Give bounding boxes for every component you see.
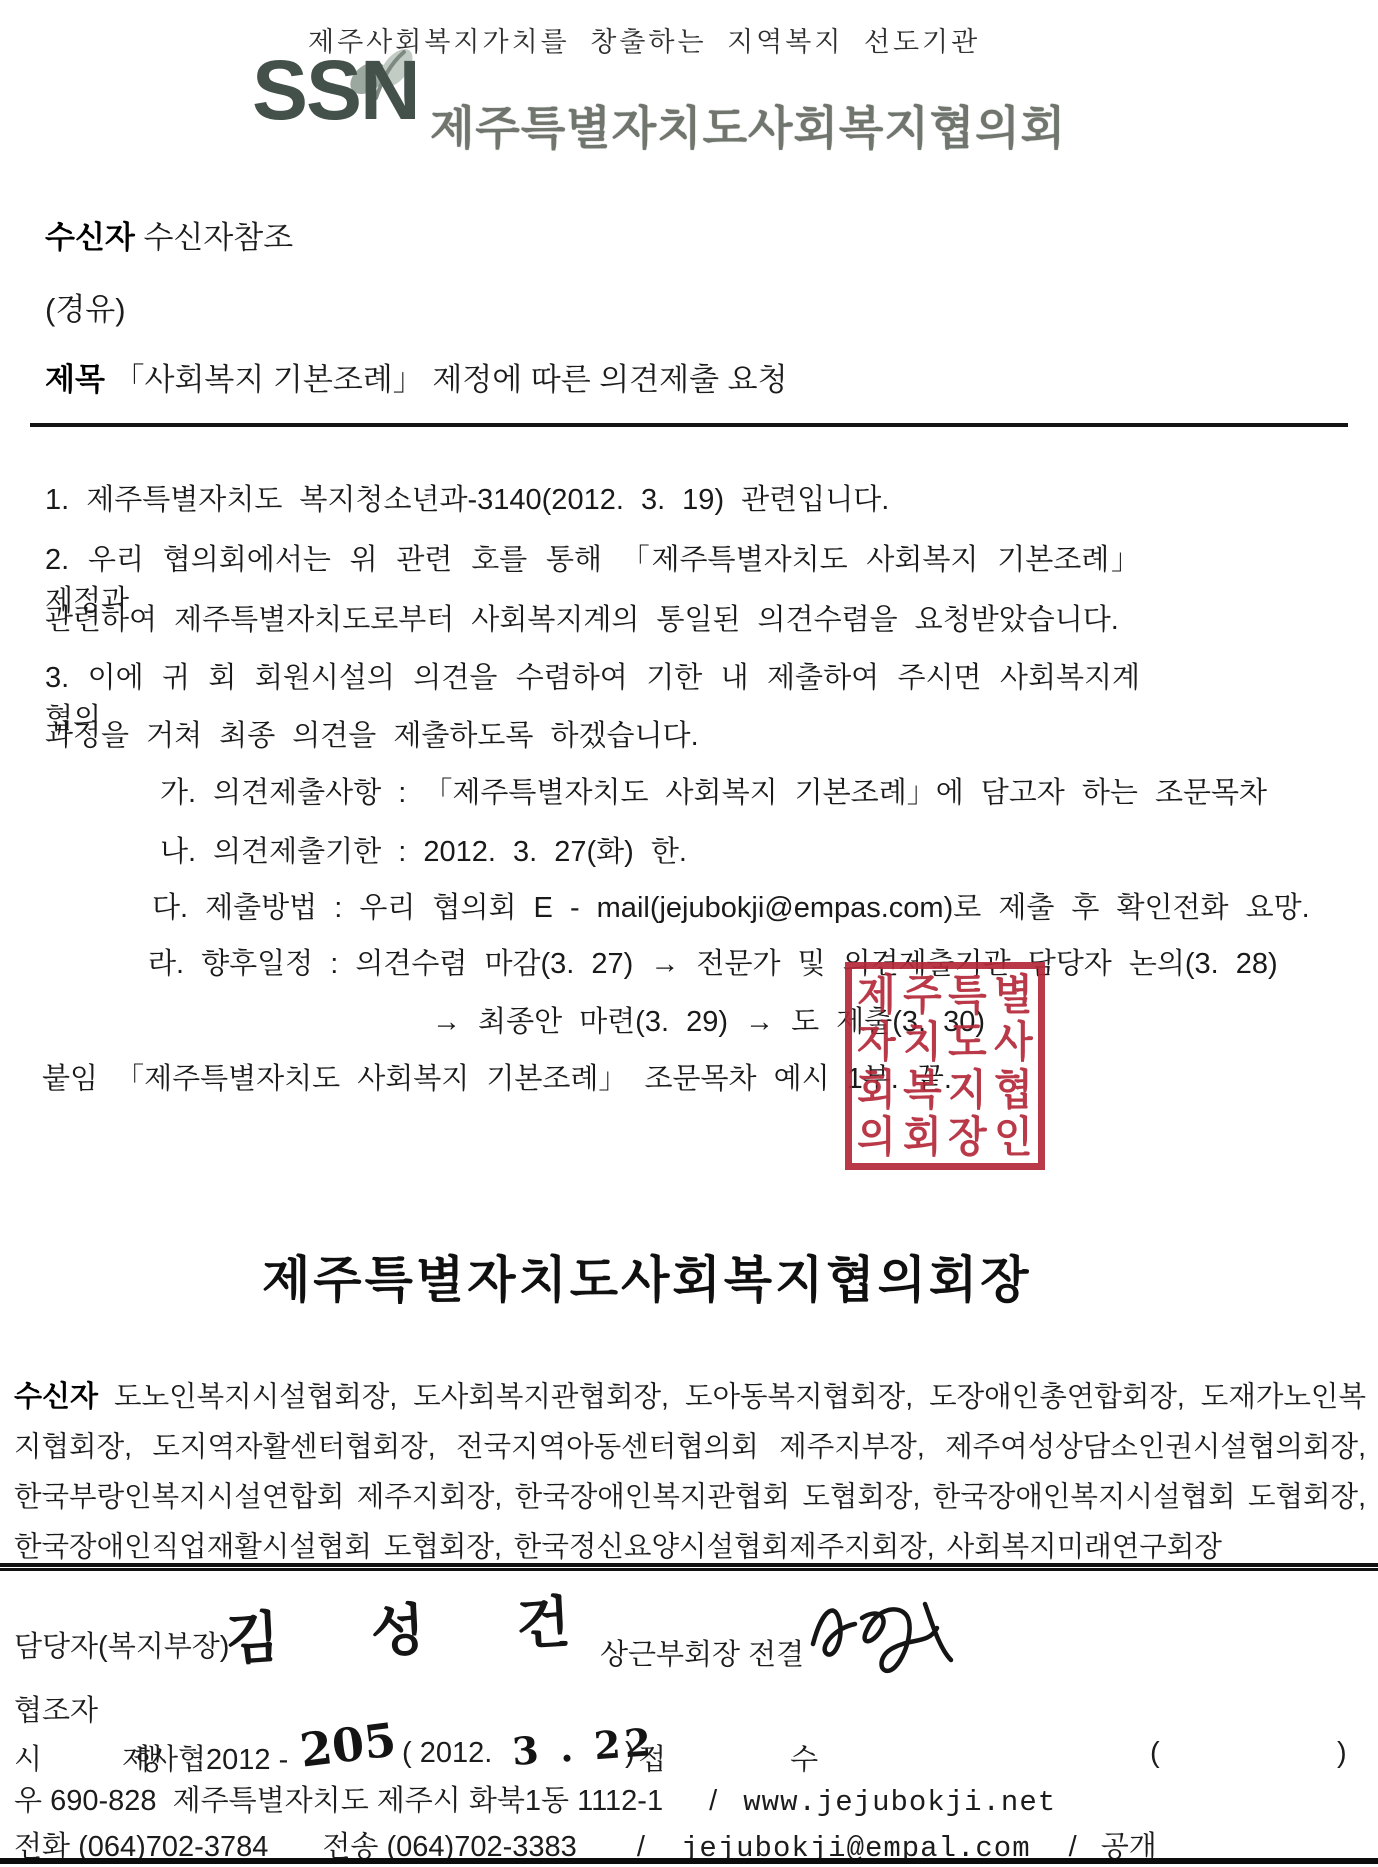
seal-char: 지 bbox=[948, 1068, 987, 1111]
official-seal-stamp: 제 주 특 별 자 치 도 사 회 복 지 협 의 회 장 인 bbox=[845, 962, 1045, 1170]
seal-char: 의 bbox=[857, 1116, 896, 1159]
seal-char: 도 bbox=[948, 1021, 987, 1064]
address-row: 우 690-828 제주특별자치도 제주시 화북1동 1112-1 / www.… bbox=[14, 1778, 1056, 1819]
send-date-prefix: ( 2012. bbox=[402, 1737, 492, 1770]
receipt-paren-open: ( bbox=[1150, 1737, 1160, 1770]
body-item-na: 나. 의견제출기한 : 2012. 3. 27(화) 한. bbox=[160, 829, 687, 870]
document-number-handwritten: 205 bbox=[297, 1712, 399, 1777]
body-paragraph-1: 1. 제주특별자치도 복지청소년과-3140(2012. 3. 19) 관련입니… bbox=[45, 477, 889, 518]
seal-char: 치 bbox=[903, 1021, 942, 1064]
website-url: www.jejubokji.net bbox=[743, 1786, 1056, 1819]
subject-value: 「사회복지 기본조례」 제정에 따른 의견제출 요청 bbox=[114, 362, 788, 397]
send-date-suffix: ) bbox=[625, 1737, 635, 1770]
body-item-da: 다. 제출방법 : 우리 협의회 E - mail(jejubokji@empa… bbox=[152, 885, 1310, 926]
manager-signature-handwriting: 김 성 건 bbox=[223, 1576, 608, 1676]
seal-char: 사 bbox=[994, 1021, 1033, 1064]
seal-char: 회 bbox=[857, 1068, 896, 1111]
address-text: 우 690-828 제주특별자치도 제주시 화북1동 1112-1 bbox=[14, 1785, 663, 1817]
subject-row: 제목 「사회복지 기본조례」 제정에 따른 의견제출 요청 bbox=[45, 354, 788, 399]
body-paragraph-3-line-2: 과정을 거쳐 최종 의견을 제출하도록 하겠습니다. bbox=[45, 713, 699, 754]
seal-char: 복 bbox=[903, 1068, 942, 1111]
page-bottom-edge-line bbox=[0, 1858, 1378, 1864]
website-separator: / bbox=[709, 1785, 717, 1817]
seal-char: 별 bbox=[994, 973, 1033, 1016]
seal-char: 제 bbox=[857, 973, 896, 1016]
manager-label: 담당자(복지부장) bbox=[14, 1624, 229, 1665]
attachment-line: 붙임 「제주특별자치도 사회복지 기본조례」 조문목차 예시 1부. 끝. bbox=[42, 1056, 952, 1097]
receipt-label: 접 수 bbox=[638, 1737, 876, 1778]
seal-char: 특 bbox=[948, 973, 987, 1016]
body-item-ga: 가. 의견제출사항 : 「제주특별자치도 사회복지 기본조례」에 담고자 하는 … bbox=[160, 770, 1267, 811]
subject-divider-line bbox=[30, 423, 1348, 427]
seal-char: 주 bbox=[903, 973, 942, 1016]
recipients-list: 수신자 도노인복지시설협회장, 도사회복지관협회장, 도아동복지협회장, 도장애… bbox=[14, 1372, 1366, 1572]
signature-title: 제주특별자치도사회복지협의회장 bbox=[262, 1240, 1032, 1312]
seal-char: 자 bbox=[857, 1021, 896, 1064]
approver-signature-scribble bbox=[805, 1586, 960, 1686]
cooperator-label: 협조자 bbox=[14, 1688, 98, 1729]
recipients-text: 도노인복지시설협회장, 도사회복지관협회장, 도아동복지협회장, 도장애인총연합… bbox=[14, 1381, 1366, 1563]
footer-double-line bbox=[0, 1563, 1378, 1571]
seal-char: 협 bbox=[994, 1068, 1033, 1111]
seal-char: 회 bbox=[903, 1116, 942, 1159]
recipient-row: 수신자 수신자참조 bbox=[45, 212, 293, 257]
approver-label: 상근부회장 전결 bbox=[600, 1632, 804, 1673]
subject-label: 제목 bbox=[45, 362, 105, 397]
document-page: 제주사회복지가치를 창출하는 지역복지 선도기관 SSN 제주특별자치도사회복지… bbox=[0, 0, 1378, 1867]
receipt-paren-close: ) bbox=[1337, 1737, 1347, 1770]
recipient-value: 수신자참조 bbox=[143, 220, 293, 255]
seal-char: 장 bbox=[948, 1116, 987, 1159]
recipients-label: 수신자 bbox=[14, 1381, 98, 1413]
logo-acronym: SSN bbox=[252, 48, 419, 132]
body-paragraph-2-line-2: 관련하여 제주특별자치도로부터 사회복지계의 통일된 의견수렴을 요청받았습니다… bbox=[45, 597, 1119, 638]
body-item-ra-line-1: 라. 향후일정 : 의견수렴 마감(3. 27) → 전문가 및 의견제출기관 … bbox=[148, 941, 1278, 982]
recipient-label: 수신자 bbox=[45, 220, 135, 255]
document-number: 제사협2012 - bbox=[122, 1737, 288, 1778]
seal-char: 인 bbox=[994, 1116, 1033, 1159]
logo-org-name: 제주특별자치도사회복지협의회 bbox=[430, 92, 1066, 158]
via-row: (경유) bbox=[45, 284, 126, 329]
